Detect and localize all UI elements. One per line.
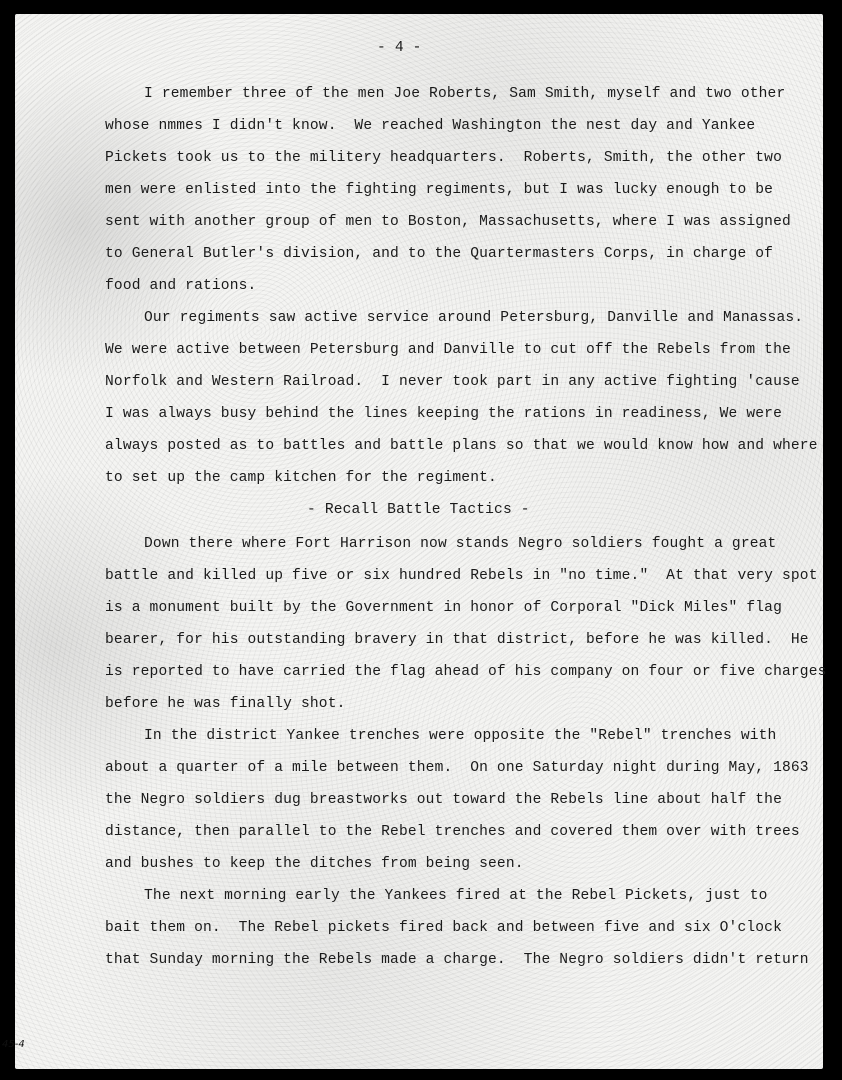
text-line: to set up the camp kitchen for the regim…: [105, 470, 497, 486]
text-line: I remember three of the men Joe Roberts,…: [144, 86, 785, 102]
text-line: The next morning early the Yankees fired…: [144, 888, 768, 904]
text-line: always posted as to battles and battle p…: [105, 438, 818, 454]
text-line: Pickets took us to the militery headquar…: [105, 150, 782, 166]
catalog-mark: 45-4: [2, 1039, 25, 1050]
text-line: Our regiments saw active service around …: [144, 310, 803, 326]
text-line: before he was finally shot.: [105, 696, 346, 712]
text-line: about a quarter of a mile between them. …: [105, 760, 809, 776]
text-line: food and rations.: [105, 278, 256, 294]
text-line: to General Butler's division, and to the…: [105, 246, 773, 262]
text-line: bearer, for his outstanding bravery in t…: [105, 632, 809, 648]
text-line: that Sunday morning the Rebels made a ch…: [105, 952, 809, 968]
text-line: sent with another group of men to Boston…: [105, 214, 791, 230]
text-line: Down there where Fort Harrison now stand…: [144, 536, 776, 552]
text-line: Norfolk and Western Railroad. I never to…: [105, 374, 800, 390]
page-number: - 4 -: [377, 40, 422, 56]
text-line: men were enlisted into the fighting regi…: [105, 182, 773, 198]
text-line: battle and killed up five or six hundred…: [105, 568, 818, 584]
text-line: whose nmmes I didn't know. We reached Wa…: [105, 118, 755, 134]
text-line: is reported to have carried the flag ahe…: [105, 664, 827, 680]
text-line: In the district Yankee trenches were opp…: [144, 728, 776, 744]
text-line: the Negro soldiers dug breastworks out t…: [105, 792, 782, 808]
text-line: distance, then parallel to the Rebel tre…: [105, 824, 800, 840]
text-line: and bushes to keep the ditches from bein…: [105, 856, 524, 872]
text-line: We were active between Petersburg and Da…: [105, 342, 791, 358]
text-line: I was always busy behind the lines keepi…: [105, 406, 782, 422]
text-line: bait them on. The Rebel pickets fired ba…: [105, 920, 782, 936]
section-heading: - Recall Battle Tactics -: [307, 502, 530, 518]
text-line: is a monument built by the Government in…: [105, 600, 782, 616]
